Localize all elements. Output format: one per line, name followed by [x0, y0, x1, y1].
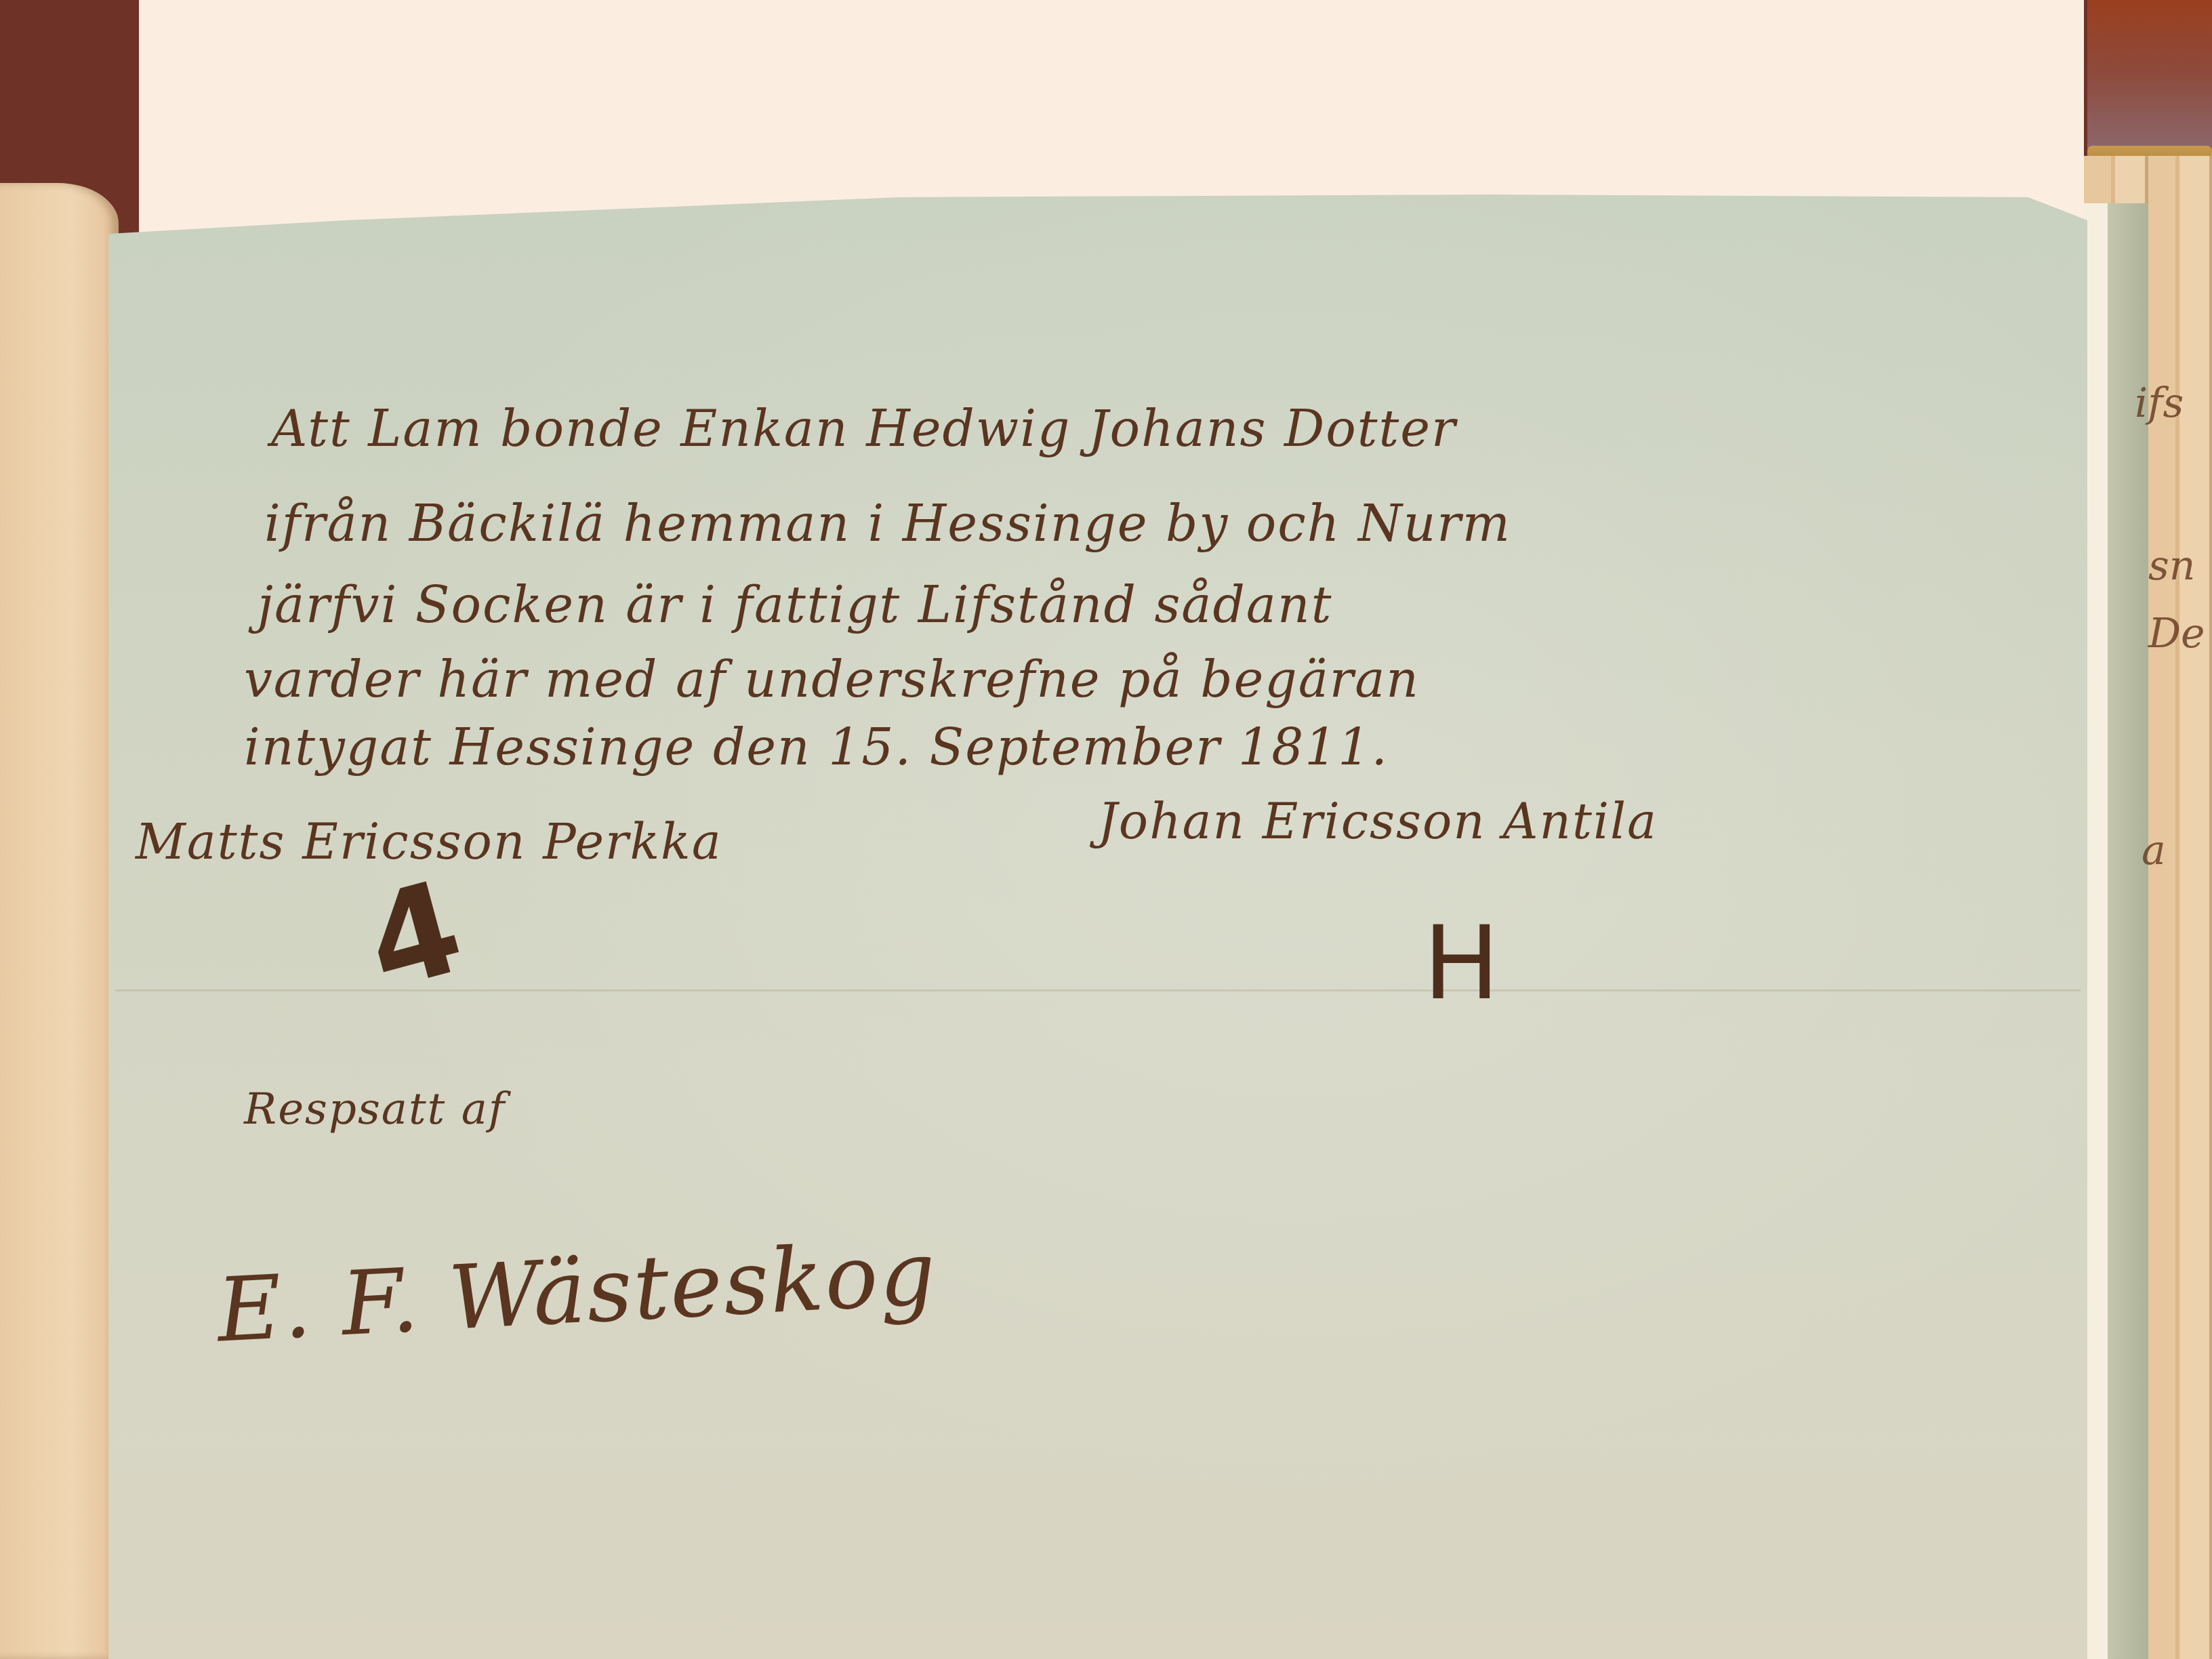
body-line: varder här med af underskrefne på begära… [244, 651, 1420, 709]
page-edge [2084, 203, 2108, 1659]
body-line: järfvi Socken är i fattigt Lifstånd såda… [258, 576, 1332, 634]
margin-fragment: ifs [2135, 380, 2184, 427]
margin-fragment: sn [2148, 542, 2195, 590]
witness-mark-2: H [1423, 905, 1500, 1023]
body-line: Att Lam bonde Enkan Hedwig Johans Dotter [271, 400, 1456, 458]
attestation-label: Respsatt af [244, 1084, 506, 1134]
left-facing-page [0, 183, 119, 1659]
margin-fragment: a [2142, 827, 2166, 874]
witness-signature-2: Johan Ericsson Antila [1098, 793, 1658, 850]
margin-fragment: De [2148, 610, 2205, 657]
body-line: intygat Hessinge den 15. September 1811. [244, 718, 1389, 777]
body-line: ifrån Bäckilä hemman i Hessinge by och N… [264, 495, 1511, 553]
